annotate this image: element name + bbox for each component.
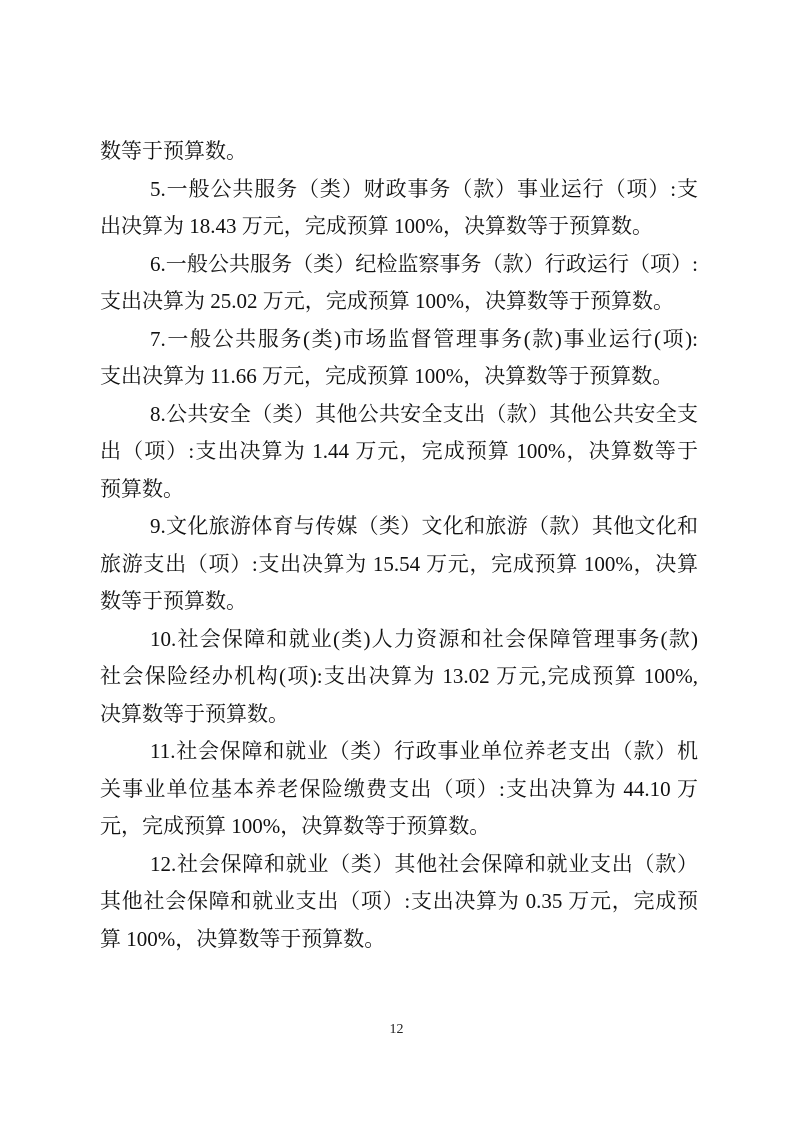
paragraph: 8.公共安全（类）其他公共安全支出（款）其他公共安全支出（项）:支出决算为 1.… [100,396,698,509]
paragraph: 7.一般公共服务(类)市场监督管理事务(款)事业运行(项):支出决算为 11.6… [100,321,698,396]
text-line: 决算数等于预算数。 [100,696,698,734]
text-line: 旅游支出（项）:支出决算为 15.54 万元，完成预算 100%，决算 [100,546,698,584]
text-line: 11.社会保障和就业（类）行政事业单位养老支出（款）机 [100,733,698,771]
text-line: 社会保险经办机构(项):支出决算为 13.02 万元,完成预算 100%, [100,658,698,696]
paragraph: 数等于预算数。 [100,133,698,171]
page-number: 12 [0,1020,793,1040]
text-line: 数等于预算数。 [100,583,698,621]
text-line: 数等于预算数。 [100,133,698,171]
paragraph: 9.文化旅游体育与传媒（类）文化和旅游（款）其他文化和旅游支出（项）:支出决算为… [100,508,698,621]
document-page: 数等于预算数。5.一般公共服务（类）财政事务（款）事业运行（项）:支出决算为 1… [0,0,793,1122]
paragraph: 10.社会保障和就业(类)人力资源和社会保障管理事务(款)社会保险经办机构(项)… [100,621,698,734]
text-line: 9.文化旅游体育与传媒（类）文化和旅游（款）其他文化和 [100,508,698,546]
text-line: 关事业单位基本养老保险缴费支出（项）:支出决算为 44.10 万 [100,771,698,809]
text-line: 算 100%，决算数等于预算数。 [100,921,698,959]
text-line: 预算数。 [100,471,698,509]
text-line: 8.公共安全（类）其他公共安全支出（款）其他公共安全支 [100,396,698,434]
text-line: 出决算为 18.43 万元，完成预算 100%，决算数等于预算数。 [100,208,698,246]
paragraph: 12.社会保障和就业（类）其他社会保障和就业支出（款）其他社会保障和就业支出（项… [100,846,698,959]
text-line: 5.一般公共服务（类）财政事务（款）事业运行（项）:支 [100,171,698,209]
paragraph: 5.一般公共服务（类）财政事务（款）事业运行（项）:支出决算为 18.43 万元… [100,171,698,246]
text-line: 6.一般公共服务（类）纪检监察事务（款）行政运行（项）: [100,246,698,284]
paragraph: 11.社会保障和就业（类）行政事业单位养老支出（款）机关事业单位基本养老保险缴费… [100,733,698,846]
text-line: 10.社会保障和就业(类)人力资源和社会保障管理事务(款) [100,621,698,659]
text-line: 12.社会保障和就业（类）其他社会保障和就业支出（款） [100,846,698,884]
paragraph: 6.一般公共服务（类）纪检监察事务（款）行政运行（项）:支出决算为 25.02 … [100,246,698,321]
text-line: 支出决算为 25.02 万元，完成预算 100%，决算数等于预算数。 [100,283,698,321]
text-line: 支出决算为 11.66 万元，完成预算 100%，决算数等于预算数。 [100,358,698,396]
text-line: 7.一般公共服务(类)市场监督管理事务(款)事业运行(项): [100,321,698,359]
document-body: 数等于预算数。5.一般公共服务（类）财政事务（款）事业运行（项）:支出决算为 1… [100,133,698,958]
text-line: 其他社会保障和就业支出（项）:支出决算为 0.35 万元，完成预 [100,883,698,921]
text-line: 元，完成预算 100%，决算数等于预算数。 [100,808,698,846]
text-line: 出（项）:支出决算为 1.44 万元，完成预算 100%，决算数等于 [100,433,698,471]
